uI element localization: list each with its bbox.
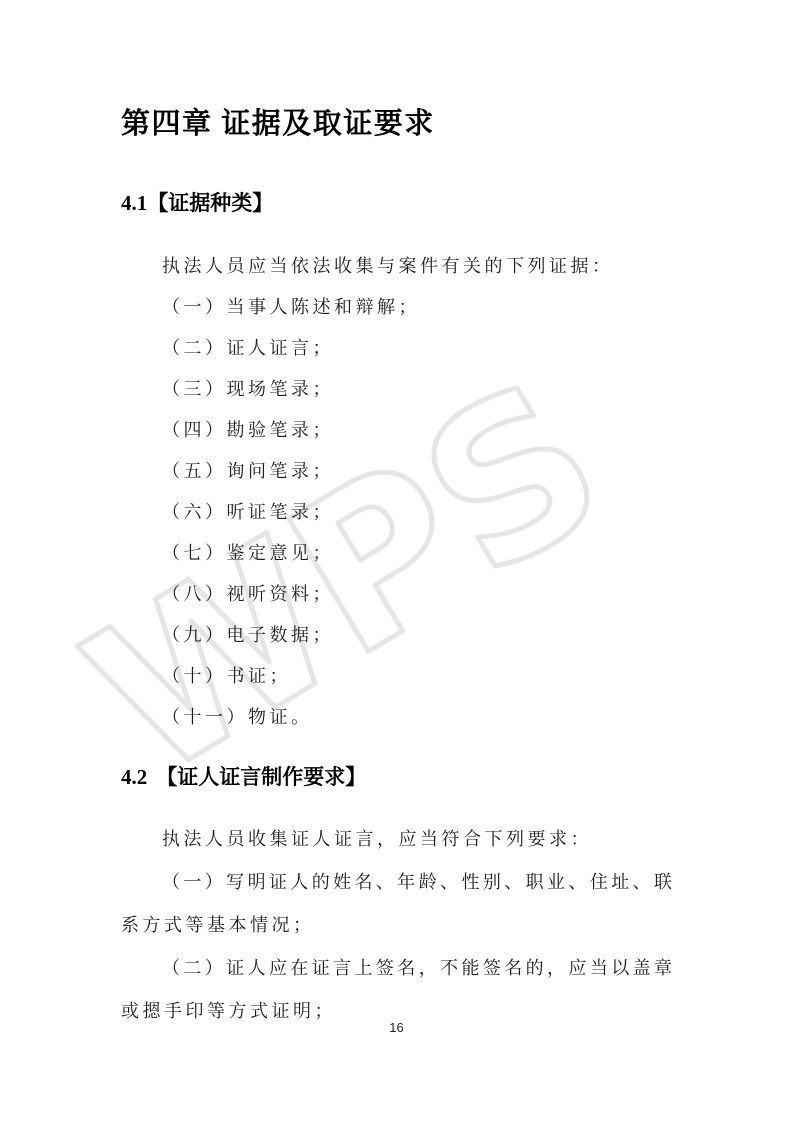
list-item-line: 系方式等基本情况； [121, 904, 675, 947]
list-item-line: （一）写明证人的姓名、年龄、性别、职业、住址、联 [121, 861, 675, 904]
list-item: （四）勘验笔录； [121, 410, 675, 451]
list-item: （八）视听资料； [121, 574, 675, 615]
section-4-1-body: 执法人员应当依法收集与案件有关的下列证据： （一）当事人陈述和辩解； （二）证人… [121, 246, 675, 738]
section-4-1-number: 4.1 [121, 191, 147, 215]
list-item: （七）鉴定意见； [121, 533, 675, 574]
list-item: （五）询问笔录； [121, 451, 675, 492]
section-4-2-intro: 执法人员收集证人证言，应当符合下列要求： [121, 818, 675, 861]
document-content: 第四章 证据及取证要求 4.1【证据种类】 执法人员应当依法收集与案件有关的下列… [121, 0, 675, 1033]
section-4-2-heading: 4.2【证人证言制作要求】 [121, 762, 675, 792]
list-item: （二）证人证言； [121, 328, 675, 369]
section-4-2-number: 4.2 [121, 765, 147, 789]
section-4-1-title: 【证据种类】 [147, 191, 273, 215]
list-item: （十一）物证。 [121, 697, 675, 738]
section-4-2-title: 【证人证言制作要求】 [156, 765, 366, 789]
list-item: （三）现场笔录； [121, 369, 675, 410]
list-item-line: （二）证人应在证言上签名，不能签名的，应当以盖章 [121, 947, 675, 990]
list-item: （九）电子数据； [121, 615, 675, 656]
page-number: 16 [0, 1020, 793, 1035]
document-page: WPS 第四章 证据及取证要求 4.1【证据种类】 执法人员应当依法收集与案件有… [0, 0, 793, 1122]
list-item: （十）书证； [121, 656, 675, 697]
list-item: （一）当事人陈述和辩解； [121, 287, 675, 328]
section-4-2-body: 执法人员收集证人证言，应当符合下列要求： （一）写明证人的姓名、年龄、性别、职业… [121, 818, 675, 1033]
chapter-title: 第四章 证据及取证要求 [121, 104, 675, 144]
section-4-1-heading: 4.1【证据种类】 [121, 188, 675, 218]
section-4-1-intro: 执法人员应当依法收集与案件有关的下列证据： [121, 246, 675, 287]
list-item: （六）听证笔录； [121, 492, 675, 533]
